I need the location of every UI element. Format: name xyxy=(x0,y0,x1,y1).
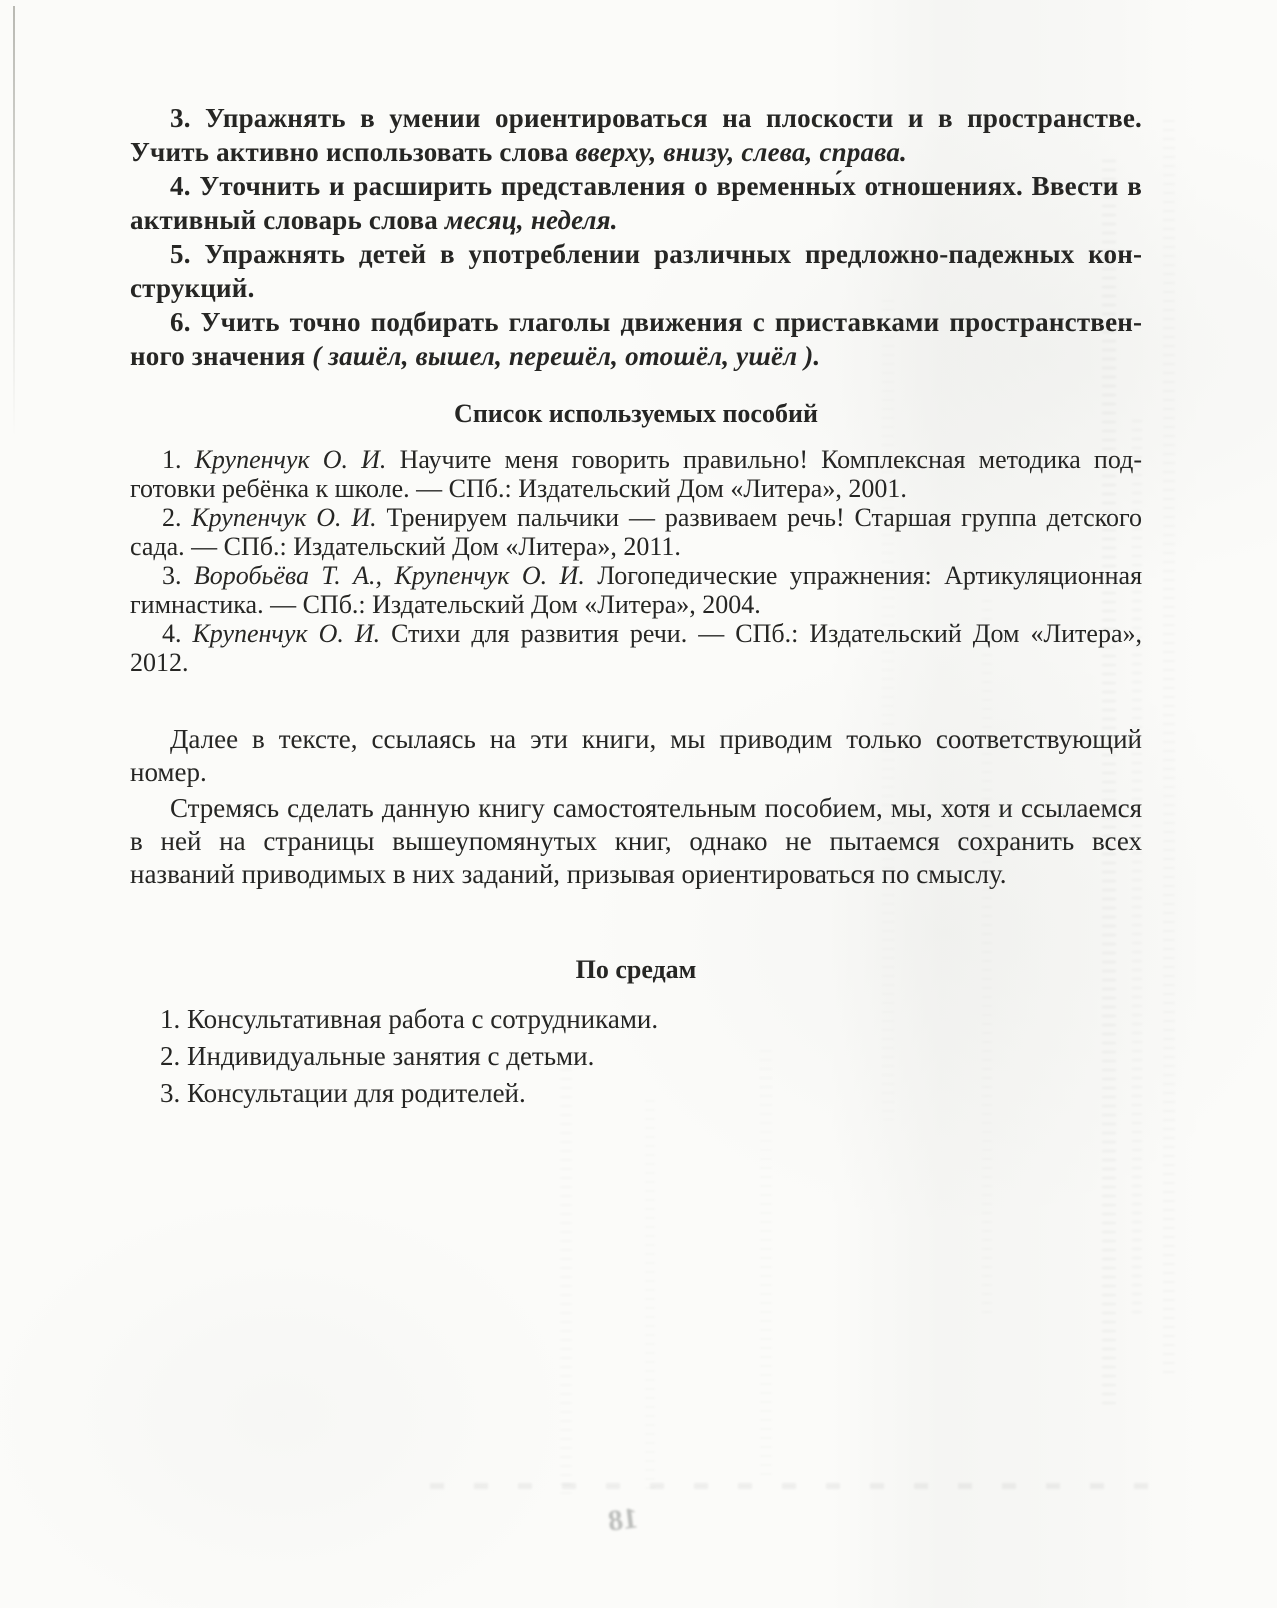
notes-section: Далее в тексте, ссылаясь на эти книги, м… xyxy=(130,723,1142,891)
reference-authors: Крупенчук О. И. xyxy=(191,503,376,532)
task-text: Упражнять детей в употреблении различных… xyxy=(130,239,1142,303)
reference-authors: Крупенчук О. И. xyxy=(195,445,387,474)
bleed-through-artifact xyxy=(560,1060,572,1500)
task-item-4: 4. Уточнить и расширить представления о … xyxy=(130,169,1142,237)
references-section: 1. Крупенчук О. И. Научите меня говорить… xyxy=(130,445,1142,677)
scan-edge-line xyxy=(13,6,15,436)
task-emphasis: месяц, неделя. xyxy=(445,205,618,235)
task-number: 4. xyxy=(170,171,191,201)
task-item-6: 6. Учить точно подбирать глаголы движени… xyxy=(130,305,1142,373)
references-heading: Список используемых пособий xyxy=(130,397,1142,431)
reference-authors: Крупенчук О. И. xyxy=(193,619,381,648)
wednesday-item-2: 2. Индивидуальные занятия с детьми. xyxy=(160,1038,1142,1075)
task-item-3: 3. Упражнять в умении ориентироваться на… xyxy=(130,101,1142,169)
ghost-page-number: 18 xyxy=(606,1501,640,1538)
reference-item-2: 2. Крупенчук О. И. Тренируем пальчики — … xyxy=(130,503,1142,561)
task-number: 5. xyxy=(170,239,191,269)
wednesdays-section: 1. Консультативная работа с сотрудниками… xyxy=(130,1001,1142,1112)
task-text: Уточнить и расширить представления о вре… xyxy=(130,171,1142,235)
reference-item-4: 4. Крупенчук О. И. Стихи для развития ре… xyxy=(130,619,1142,677)
note-paragraph-2: Стремясь сделать данную книгу самостояте… xyxy=(130,792,1142,891)
reference-authors: Воробьёва Т. А., Крупенчук О. И. xyxy=(194,561,585,590)
reference-item-3: 3. Воробьёва Т. А., Крупенчук О. И. Лого… xyxy=(130,561,1142,619)
task-emphasis: вверху, внизу, слева, справа. xyxy=(575,137,907,167)
book-page: 18 3. Упражнять в умении ориентироваться… xyxy=(0,0,1277,1608)
task-number: 6. xyxy=(170,307,191,337)
task-emphasis: ( зашёл, вышел, перешёл, отошёл, ушёл ). xyxy=(312,341,820,371)
reference-item-1: 1. Крупенчук О. И. Научите меня говорить… xyxy=(130,445,1142,503)
bleed-through-artifact xyxy=(430,1483,1170,1489)
task-item-5: 5. Упражнять детей в употреблении различ… xyxy=(130,237,1142,305)
tasks-section: 3. Упражнять в умении ориентироваться на… xyxy=(130,101,1142,373)
bleed-through-artifact xyxy=(645,1100,655,1490)
reference-number: 1. xyxy=(162,445,182,474)
task-number: 3. xyxy=(170,103,191,133)
page-content: 3. Упражнять в умении ориентироваться на… xyxy=(130,101,1142,1112)
wednesday-item-3: 3. Консультации для родителей. xyxy=(160,1075,1142,1112)
wednesdays-heading: По средам xyxy=(130,953,1142,987)
reference-number: 4. xyxy=(162,619,182,648)
bleed-through-artifact xyxy=(1163,120,1175,1380)
note-paragraph-1: Далее в тексте, ссылаясь на эти книги, м… xyxy=(130,723,1142,789)
reference-number: 3. xyxy=(162,561,182,590)
wednesday-item-1: 1. Консультативная работа с сотрудниками… xyxy=(160,1001,1142,1038)
bleed-through-artifact xyxy=(760,1050,772,1480)
reference-number: 2. xyxy=(162,503,182,532)
